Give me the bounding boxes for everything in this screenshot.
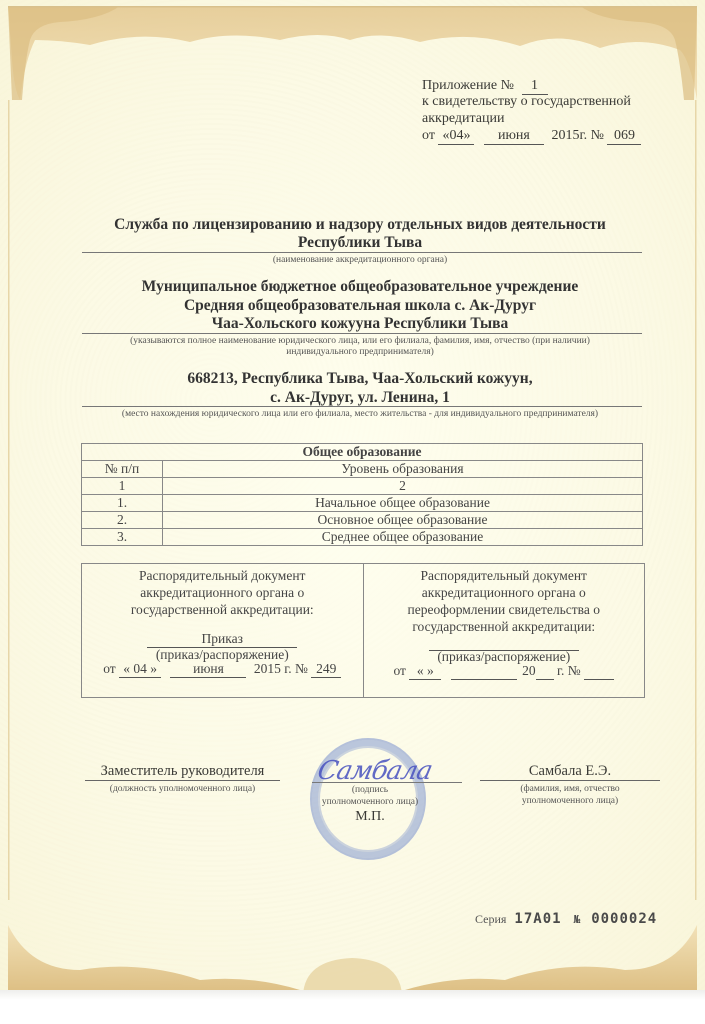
table-row: 3. Среднее общее образование	[82, 529, 643, 546]
heading-line: переоформлении свидетельства о	[364, 601, 645, 618]
document-type-caption: (приказ/распоряжение)	[82, 649, 363, 661]
education-levels-table: Общее образование № п/п Уровень образова…	[81, 443, 643, 546]
column-header-level: Уровень образования	[163, 461, 643, 478]
reissue-document-heading: Распорядительный документ аккредитационн…	[364, 567, 645, 635]
reissue-document-date: от « » 20 г. №	[364, 663, 645, 680]
organization-name-line3: Чаа-Хольского кожууна Республики Тыва	[60, 314, 660, 333]
document-day: « 04 »	[119, 661, 161, 678]
index-cell: 1	[82, 478, 163, 495]
address-line2: с. Ак-Дуруг, ул. Ленина, 1	[60, 388, 660, 407]
table-title: Общее образование	[82, 444, 643, 461]
heading-line: государственной аккредитации:	[364, 618, 645, 635]
authority-caption: (наименование аккредитационного органа)	[60, 254, 660, 266]
address-line1: 668213, Республика Тыва, Чаа-Хольский ко…	[60, 369, 660, 388]
seal-label: М.П.	[300, 808, 440, 825]
ornament-right-icon	[685, 100, 705, 900]
from-label: от	[103, 661, 115, 676]
reissue-year-suffix: г. №	[557, 663, 581, 678]
position-field: Заместитель руководителя	[85, 763, 280, 781]
organization-name-line2: Средняя общеобразовательная школа с. Ак-…	[60, 296, 660, 315]
table-title-row: Общее образование	[82, 444, 643, 461]
document-type: Приказ	[147, 631, 297, 648]
name-caption-line2: уполномоченного лица)	[480, 795, 660, 807]
heading-line: Распорядительный документ	[82, 567, 363, 584]
heading-line: аккредитационного органа о	[364, 584, 645, 601]
authority-rule	[82, 252, 642, 253]
row-number: 3.	[82, 529, 163, 546]
table-header-row: № п/п Уровень образования	[82, 461, 643, 478]
signature-rule	[312, 782, 462, 783]
organization-caption-line2: индивидуального предпринимателя)	[60, 346, 660, 358]
appendix-line2: к свидетельству о государственной	[422, 93, 631, 110]
appendix-reg-number: 069	[607, 127, 641, 145]
accreditation-document-column: Распорядительный документ аккредитационн…	[82, 564, 363, 697]
serial-number-sign: №	[574, 913, 582, 926]
heading-line: Распорядительный документ	[364, 567, 645, 584]
accreditation-document-date: от « 04 » июня 2015 г. № 249	[82, 661, 363, 678]
heading-line: аккредитационного органа о	[82, 584, 363, 601]
serial-number: Серия 17А01 № 0000024	[475, 910, 657, 928]
name-field: Самбала Е.Э.	[480, 763, 660, 781]
reissue-day: « »	[409, 663, 441, 680]
signature-caption-line1: (подпись	[300, 784, 440, 796]
serial-number-value: 0000024	[591, 911, 657, 927]
appendix-line3: аккредитации	[422, 110, 504, 127]
signature-caption-line2: уполномоченного лица)	[300, 796, 440, 808]
table-row: 2. Основное общее образование	[82, 512, 643, 529]
column-header-number: № п/п	[82, 461, 163, 478]
ornament-left-icon	[0, 100, 20, 900]
accreditation-document-heading: Распорядительный документ аккредитационн…	[82, 567, 363, 618]
row-level: Основное общее образование	[163, 512, 643, 529]
serial-label: Серия	[475, 912, 506, 926]
administrative-documents-box: Распорядительный документ аккредитационн…	[81, 563, 645, 698]
certificate-sheet: Приложение № 1 к свидетельству о государ…	[0, 0, 705, 1000]
document-month: июня	[170, 661, 246, 678]
authority-name-line1: Служба по лицензированию и надзору отдел…	[60, 215, 660, 234]
reissue-document-type-caption: (приказ/распоряжение)	[364, 651, 645, 663]
reissue-month	[451, 665, 517, 680]
row-level: Начальное общее образование	[163, 495, 643, 512]
table-row: 1. Начальное общее образование	[82, 495, 643, 512]
appendix-year: 2015г. №	[551, 128, 604, 143]
signer-name: Самбала Е.Э.	[529, 763, 611, 779]
row-number: 1.	[82, 495, 163, 512]
appendix-date-line: от «04» июня 2015г. № 069	[422, 127, 641, 145]
organization-rule	[82, 333, 642, 334]
address-rule	[82, 406, 642, 407]
appendix-title: Приложение №	[422, 78, 514, 93]
position-caption: (должность уполномоченного лица)	[85, 783, 280, 795]
authority-name-line2: Республики Тыва	[60, 233, 660, 252]
reissue-document-column: Распорядительный документ аккредитационн…	[363, 564, 645, 697]
document-number: 249	[311, 661, 341, 678]
position-value: Заместитель руководителя	[101, 763, 265, 779]
appendix-from-label: от	[422, 128, 435, 143]
index-cell: 2	[163, 478, 643, 495]
organization-name-line1: Муниципальное бюджетное общеобразователь…	[60, 277, 660, 296]
table-index-row: 1 2	[82, 478, 643, 495]
reissue-number	[584, 665, 614, 680]
reissue-year-prefix: 20	[522, 663, 536, 678]
row-number: 2.	[82, 512, 163, 529]
appendix-day: «04»	[438, 127, 474, 145]
name-caption-line1: (фамилия, имя, отчество	[480, 783, 660, 795]
serial-series: 17А01	[514, 911, 561, 927]
from-label: от	[393, 663, 405, 678]
row-level: Среднее общее образование	[163, 529, 643, 546]
appendix-month: июня	[484, 127, 544, 145]
document-year: 2015 г. №	[254, 661, 308, 676]
address-caption: (место нахождения юридического лица или …	[60, 408, 660, 420]
heading-line: государственной аккредитации:	[82, 601, 363, 618]
